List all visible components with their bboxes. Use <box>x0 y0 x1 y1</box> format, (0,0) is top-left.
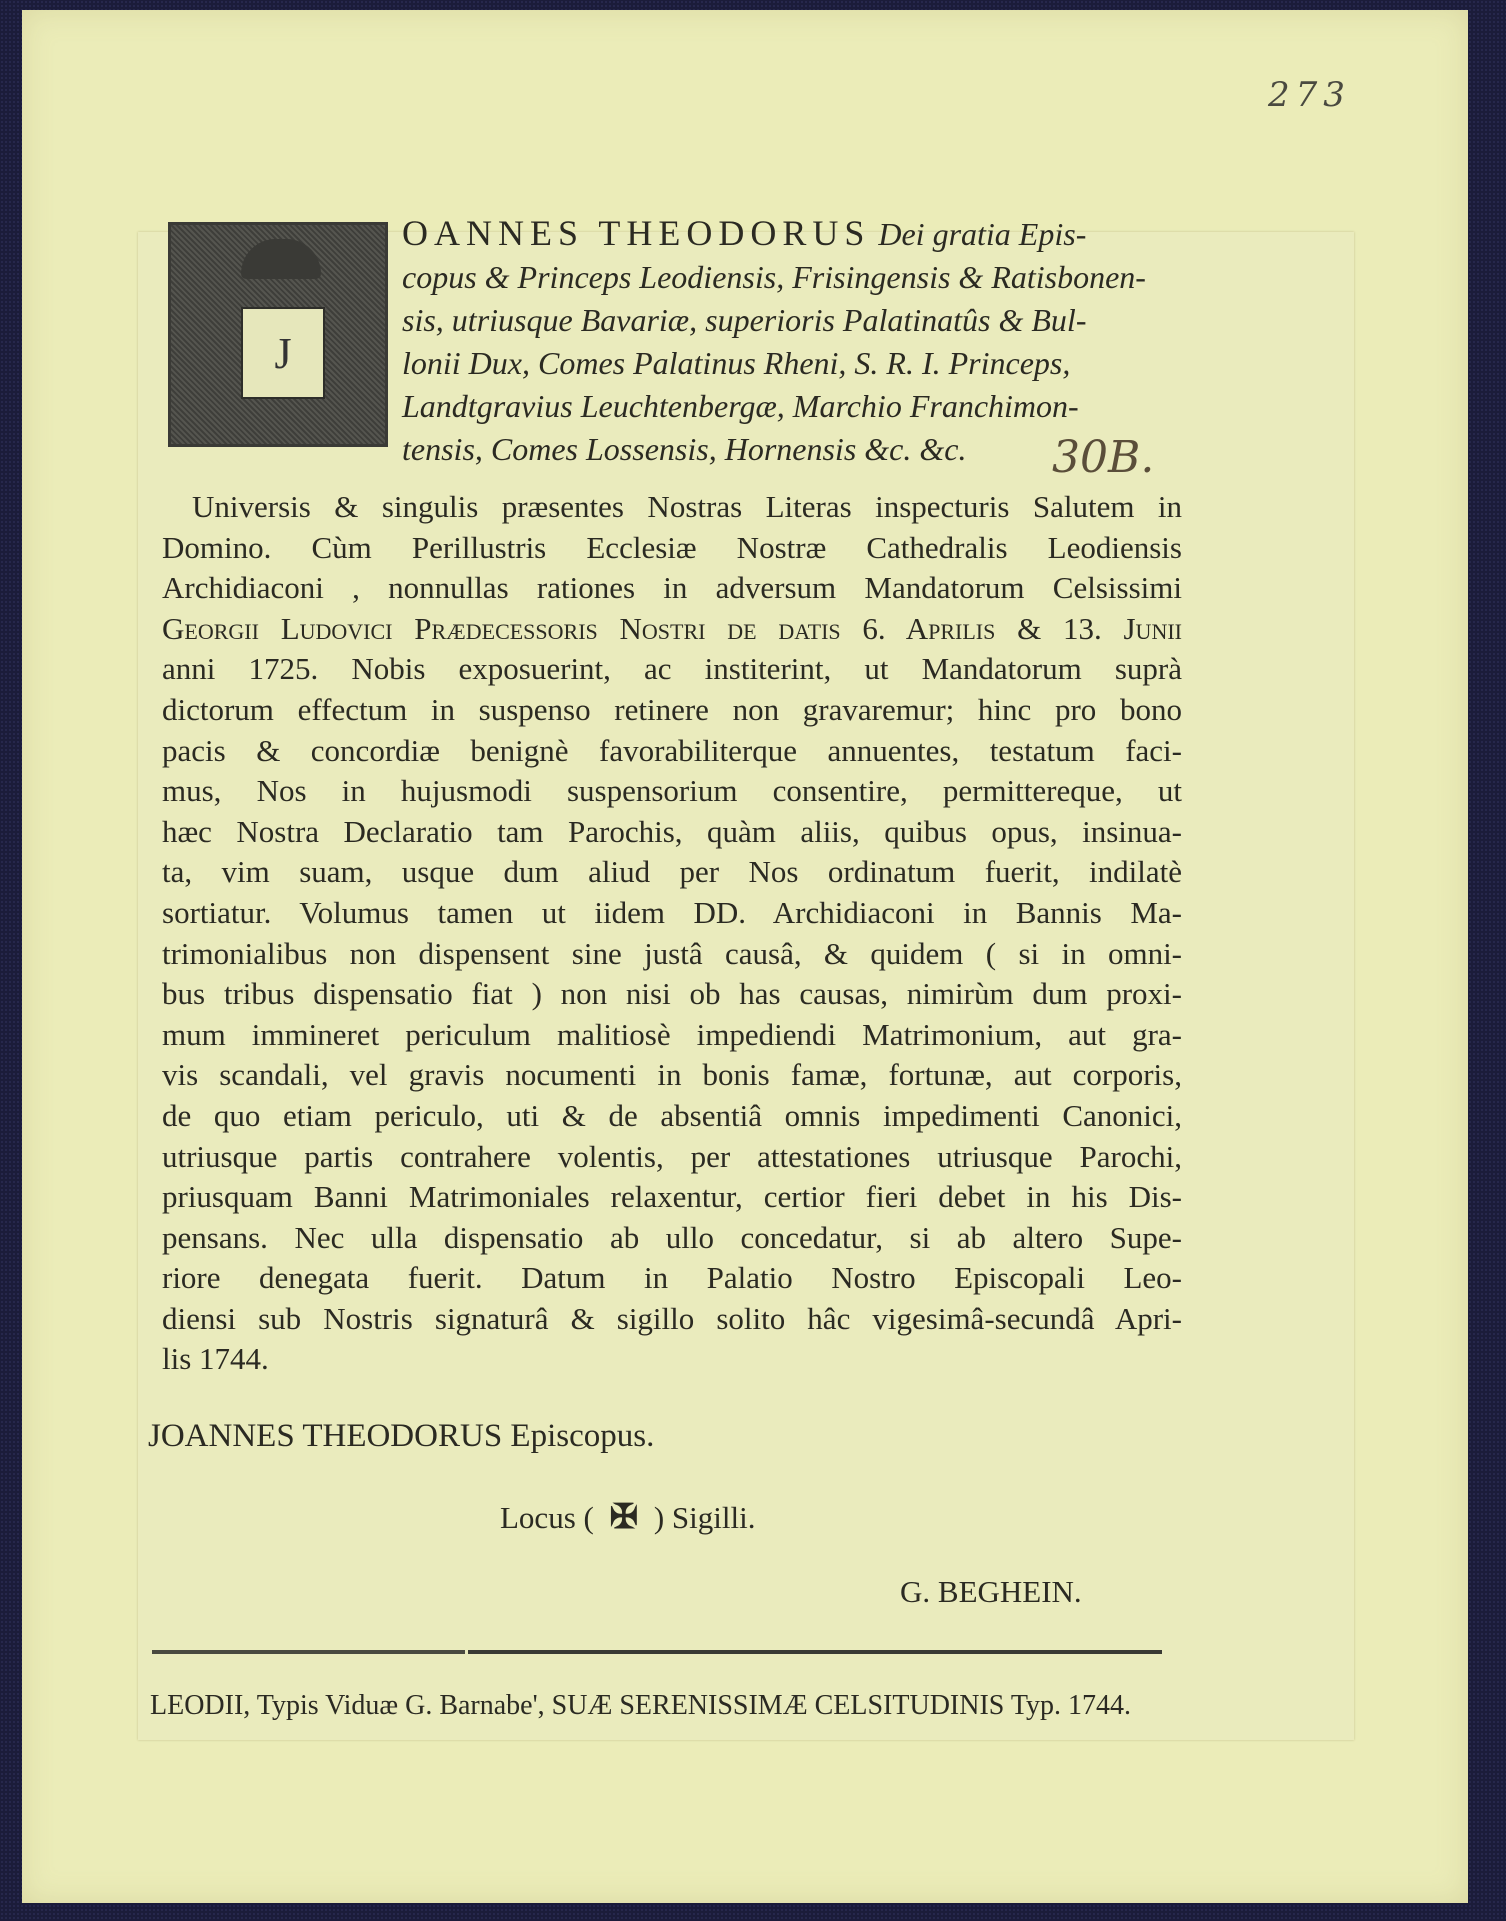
seal-placeholder: Locus ( ✠ ) Sigilli. <box>500 1497 755 1537</box>
body-line: Universis & singulis præsentes Nostras L… <box>162 487 1182 528</box>
body-line: pensans. Nec ulla dispensatio ab ullo co… <box>162 1218 1182 1259</box>
cross-pattee-icon: ✠ <box>602 1499 647 1536</box>
decorated-initial: J <box>168 222 388 447</box>
countersignature: G. BEGHEIN. <box>900 1574 1082 1610</box>
heading-line: lonii Dux, Comes Palatinus Rheni, S. R. … <box>402 342 1182 385</box>
body-line: bus tribus dispensatio fiat ) non nisi o… <box>162 974 1182 1015</box>
bishop-signature: JOANNES THEODORUS Episcopus. <box>148 1418 654 1455</box>
body-line: pacis & concordiæ benignè favorabiliterq… <box>162 731 1182 772</box>
body-line: lis 1744. <box>162 1339 1182 1380</box>
body-line: riore denegata fuerit. Datum in Palatio … <box>162 1258 1182 1299</box>
horizontal-rule <box>152 1650 1162 1654</box>
heading-line: copus & Princeps Leodiensis, Frisingensi… <box>402 256 1182 299</box>
body-line: de quo etiam periculo, uti & de absentiâ… <box>162 1096 1182 1137</box>
body-line: vis scandali, vel gravis nocumenti in bo… <box>162 1055 1182 1096</box>
seal-label-after: ) Sigilli. <box>654 1500 756 1535</box>
body-line: utriusque partis contrahere volentis, pe… <box>162 1137 1182 1178</box>
body-line: mum immineret periculum malitiosè impedi… <box>162 1015 1182 1056</box>
seal-label-before: Locus ( <box>500 1500 594 1535</box>
printer-imprint: LEODII, Typis Viduæ G. Barnabe', SUÆ SER… <box>150 1690 1131 1722</box>
body-line: trimonialibus non dispensent sine justâ … <box>162 934 1182 975</box>
body-line: dictorum effectum in suspenso retinere n… <box>162 690 1182 731</box>
initial-letter: J <box>241 307 325 399</box>
body-line: hæc Nostra Declaratio tam Parochis, quàm… <box>162 812 1182 853</box>
crown-ornament-icon <box>241 239 321 279</box>
body-line: mus, Nos in hujusmodi suspensorium conse… <box>162 771 1182 812</box>
body-line: Domino. Cùm Perillustris Ecclesiæ Nostræ… <box>162 528 1182 569</box>
body-line: anni 1725. Nobis exposuerint, ac instite… <box>162 649 1182 690</box>
body-line: ta, vim suam, usque dum aliud per Nos or… <box>162 852 1182 893</box>
heading-line: Landtgravius Leuchtenbergæ, Marchio Fran… <box>402 385 1182 428</box>
body-line: Georgii Ludovici Prædecessoris Nostri de… <box>162 609 1182 650</box>
body-line: Archidiaconi , nonnullas rationes in adv… <box>162 568 1182 609</box>
body-line: diensi sub Nostris signaturâ & sigillo s… <box>162 1299 1182 1340</box>
body-line: sortiatur. Volumus tamen ut iidem DD. Ar… <box>162 893 1182 934</box>
heading-line: sis, utriusque Bavariæ, superioris Palat… <box>402 299 1182 342</box>
decree-body: Universis & singulis præsentes Nostras L… <box>162 487 1182 1380</box>
heading-line: OANNES THEODORUS Dei gratia Epis- <box>402 212 1182 256</box>
body-line: priusquam Banni Matrimoniales relaxentur… <box>162 1177 1182 1218</box>
handwritten-annotation: 30B. <box>1052 432 1154 483</box>
folio-number: 273 <box>1268 75 1351 115</box>
